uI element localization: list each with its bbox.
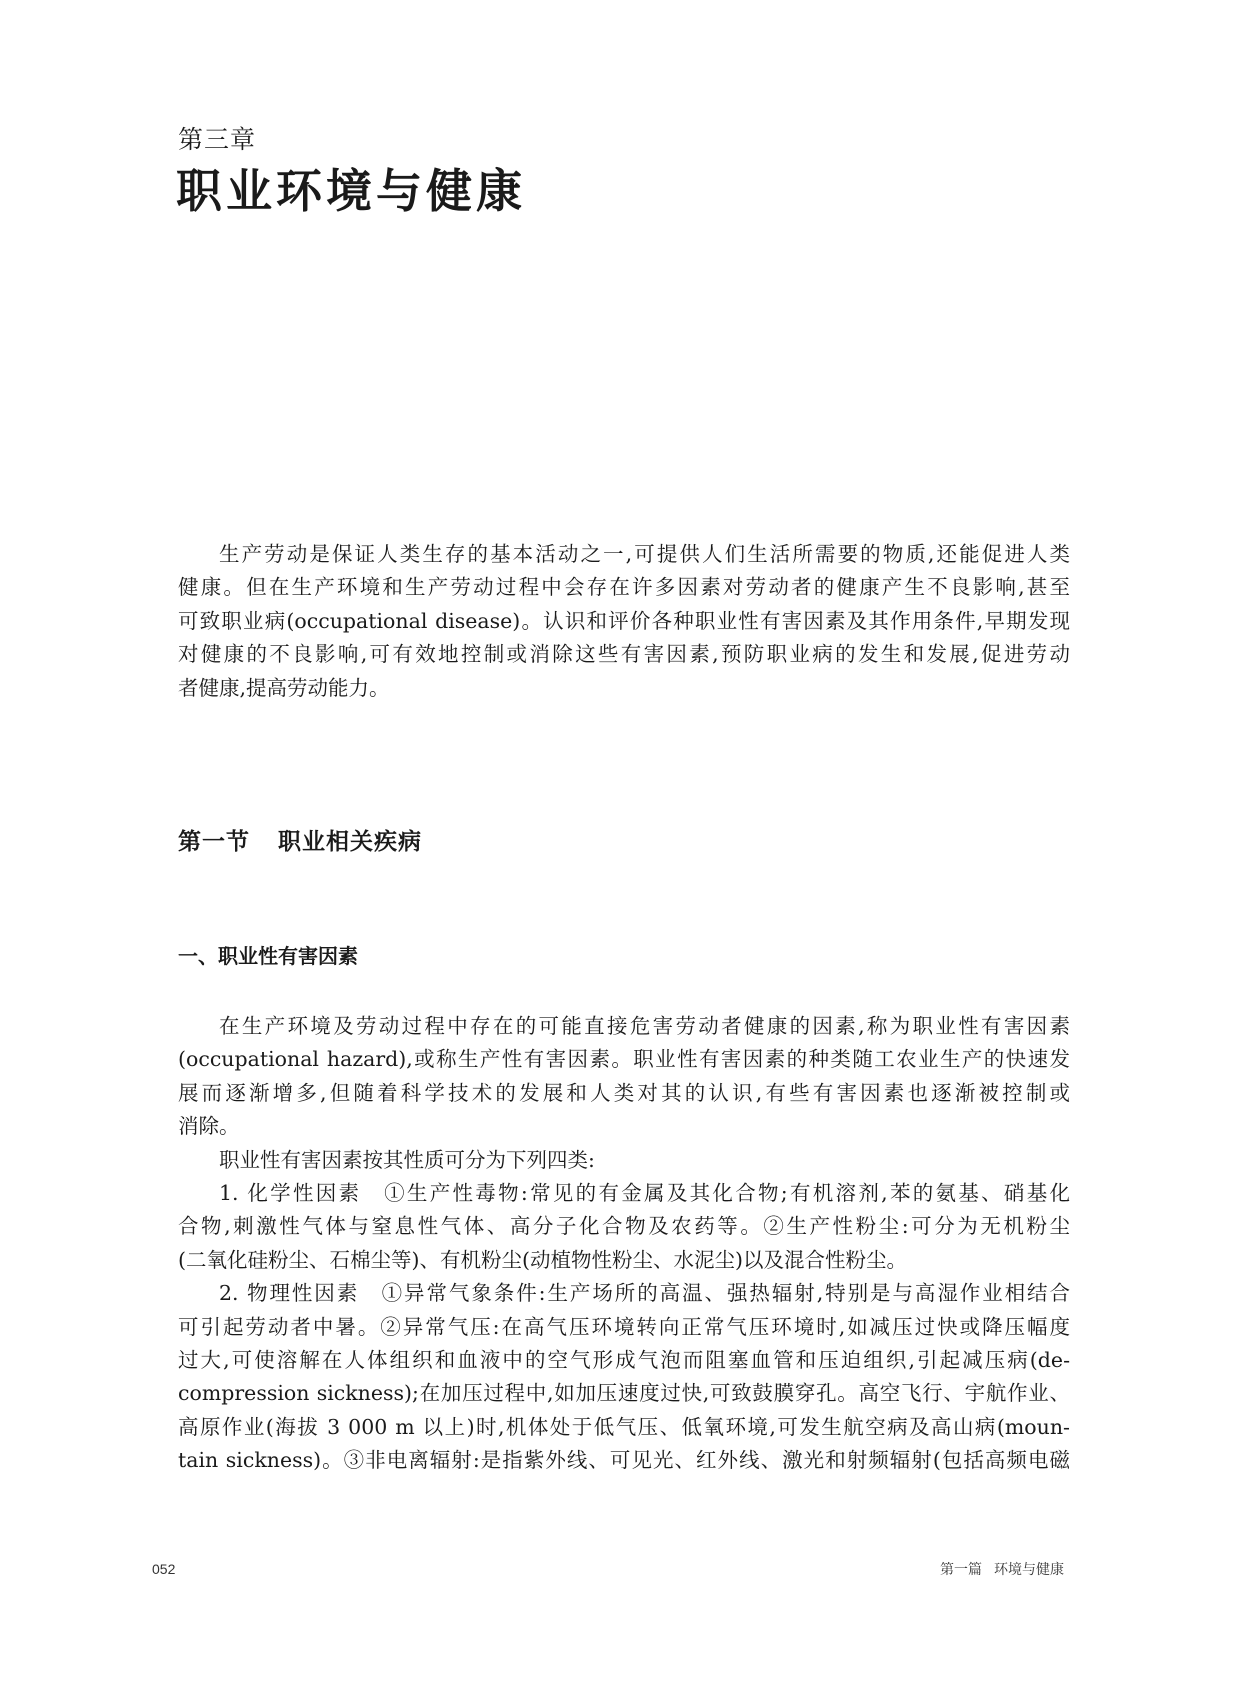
body-text: 在生产环境及劳动过程中存在的可能直接危害劳动者健康的因素,称为职业性有害因素 (… (178, 1010, 1070, 1477)
section-number: 第一节 (178, 828, 250, 855)
body-line: 合物,刺激性气体与窒息性气体、高分子化合物及农药等。②生产性粉尘:可分为无机粉尘 (178, 1210, 1070, 1243)
section-heading: 第一节职业相关疾病 (178, 826, 422, 858)
chapter-label: 第三章 (178, 124, 256, 156)
intro-line: 者健康,提高劳动能力。 (178, 672, 1070, 705)
intro-line: 对健康的不良影响,可有效地控制或消除这些有害因素,预防职业病的发生和发展,促进劳… (178, 638, 1070, 671)
section-title: 职业相关疾病 (278, 828, 422, 855)
subsection-heading: 一、职业性有害因素 (178, 942, 358, 970)
intro-line: 可致职业病(occupational disease)。认识和评价各种职业性有害… (178, 605, 1070, 638)
body-line: 可引起劳动者中暑。②异常气压:在高气压环境转向正常气压环境时,如减压过快或降压幅… (178, 1311, 1070, 1344)
body-line: 过大,可使溶解在人体组织和血液中的空气形成气泡而阻塞血管和压迫组织,引起减压病(… (178, 1344, 1070, 1377)
body-line: (occupational hazard),或称生产性有害因素。职业性有害因素的… (178, 1043, 1070, 1076)
body-line: 高原作业(海拔 3 000 m 以上)时,机体处于低气压、低氧环境,可发生航空病… (178, 1411, 1070, 1444)
body-line: compression sickness);在加压过程中,如加压速度过快,可致鼓… (178, 1377, 1070, 1410)
body-line: (二氧化硅粉尘、石棉尘等)、有机粉尘(动植物性粉尘、水泥尘)以及混合性粉尘。 (178, 1244, 1070, 1277)
document-page: 第三章 职业环境与健康 生产劳动是保证人类生存的基本活动之一,可提供人们生活所需… (0, 0, 1246, 1681)
page-number: 052 (152, 1561, 175, 1577)
chapter-title: 职业环境与健康 (176, 163, 526, 219)
body-line: 在生产环境及劳动过程中存在的可能直接危害劳动者健康的因素,称为职业性有害因素 (178, 1010, 1070, 1043)
intro-line: 生产劳动是保证人类生存的基本活动之一,可提供人们生活所需要的物质,还能促进人类 (178, 538, 1070, 571)
body-line: 消除。 (178, 1110, 1070, 1143)
intro-line: 健康。但在生产环境和生产劳动过程中会存在许多因素对劳动者的健康产生不良影响,甚至 (178, 571, 1070, 604)
body-line: 2. 物理性因素 ①异常气象条件:生产场所的高温、强热辐射,特别是与高湿作业相结… (178, 1277, 1070, 1310)
running-footer: 第一篇环境与健康 (940, 1559, 1064, 1579)
body-line: 职业性有害因素按其性质可分为下列四类: (178, 1144, 1070, 1177)
intro-paragraph: 生产劳动是保证人类生存的基本活动之一,可提供人们生活所需要的物质,还能促进人类 … (178, 538, 1070, 705)
part-label: 第一篇 (940, 1562, 982, 1578)
body-line: 展而逐渐增多,但随着科学技术的发展和人类对其的认识,有些有害因素也逐渐被控制或 (178, 1077, 1070, 1110)
part-title: 环境与健康 (994, 1562, 1064, 1578)
body-line: tain sickness)。③非电离辐射:是指紫外线、可见光、红外线、激光和射… (178, 1444, 1070, 1477)
body-line: 1. 化学性因素 ①生产性毒物:常见的有金属及其化合物;有机溶剂,苯的氨基、硝基… (178, 1177, 1070, 1210)
